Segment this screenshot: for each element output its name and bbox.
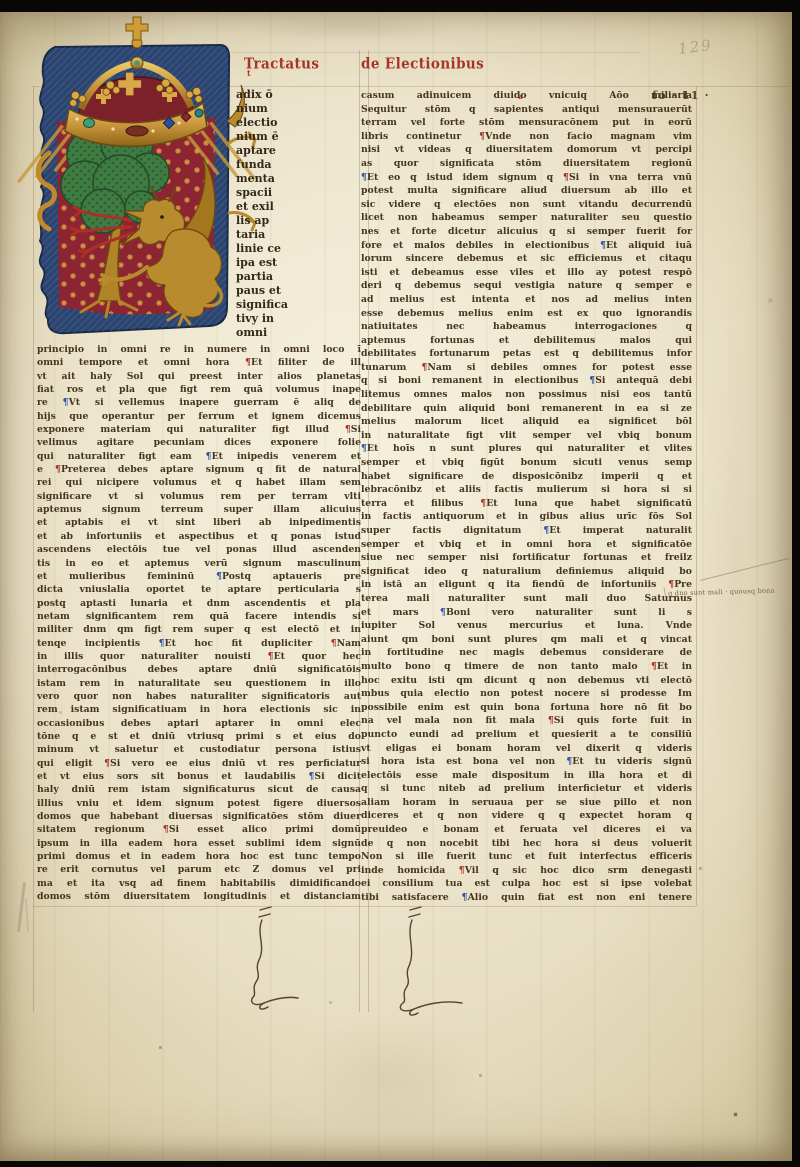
right-text-column: casum adinuicem diuido vnicuiq Aōo milia… xyxy=(361,89,692,905)
initial-rubric-column: adix ōniumelectionium ēaptarefundamentas… xyxy=(236,88,324,340)
photo-edge-top xyxy=(0,0,800,12)
ruling-line xyxy=(230,52,640,53)
illuminated-initial xyxy=(31,25,259,343)
photo-edge-bottom xyxy=(0,1161,800,1167)
ruling-line xyxy=(33,906,696,907)
parchment-specks xyxy=(0,12,1,13)
manuscript-photo: { "page": { "running_title_left": "Tract… xyxy=(0,0,800,1167)
pen-flourish-icon xyxy=(390,908,480,1016)
pen-flourish-icon xyxy=(246,908,316,1008)
left-text-column: principio in omni re in numere in omni l… xyxy=(37,343,361,903)
running-title-de-electionibus: de Electionibus xyxy=(361,55,484,72)
parchment-page: Tractatus de Electionibus t a 129 fo · 1… xyxy=(0,12,792,1161)
ruling-line xyxy=(696,86,697,906)
photo-edge-right xyxy=(792,0,800,1167)
